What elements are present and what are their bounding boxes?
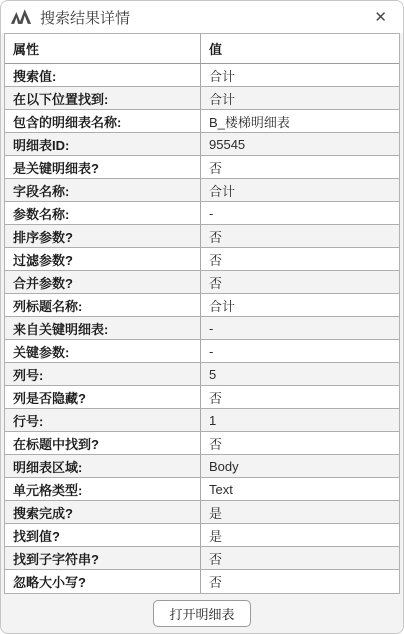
property-cell: 来自关键明细表:	[5, 317, 200, 339]
table-row[interactable]: 来自关键明细表:-	[5, 317, 399, 340]
table-row[interactable]: 列标题名称:合计	[5, 294, 399, 317]
value-cell: 否	[200, 432, 399, 454]
value-cell: 是	[200, 501, 399, 523]
table-row[interactable]: 找到值?是	[5, 524, 399, 547]
table-row[interactable]: 列号:5	[5, 363, 399, 386]
window-title: 搜索结果详情	[40, 7, 368, 28]
table-row[interactable]: 列是否隐藏?否	[5, 386, 399, 409]
property-cell: 明细表ID:	[5, 133, 200, 155]
table-row[interactable]: 明细表ID:95545	[5, 133, 399, 156]
footer-bar: 打开明细表	[1, 594, 403, 633]
search-result-details-dialog: 搜索结果详情 ✕ 属性 值 搜索值:合计在以下位置找到:合计包含的明细表名称:B…	[0, 0, 404, 634]
value-cell: 否	[200, 386, 399, 408]
title-bar: 搜索结果详情 ✕	[1, 1, 403, 33]
table-row[interactable]: 排序参数?否	[5, 225, 399, 248]
property-cell: 列号:	[5, 363, 200, 385]
app-logo-icon	[9, 7, 33, 27]
value-cell: 1	[200, 409, 399, 431]
value-cell: 否	[200, 547, 399, 569]
property-cell: 在以下位置找到:	[5, 87, 200, 109]
value-cell: -	[200, 202, 399, 224]
table-row[interactable]: 搜索值:合计	[5, 64, 399, 87]
table-row[interactable]: 字段名称:合计	[5, 179, 399, 202]
property-cell: 合并参数?	[5, 271, 200, 293]
table-row[interactable]: 在标题中找到?否	[5, 432, 399, 455]
property-cell: 参数名称:	[5, 202, 200, 224]
table-row[interactable]: 行号:1	[5, 409, 399, 432]
property-cell: 在标题中找到?	[5, 432, 200, 454]
property-cell: 列标题名称:	[5, 294, 200, 316]
property-cell: 明细表区域:	[5, 455, 200, 477]
open-schedule-button[interactable]: 打开明细表	[153, 600, 250, 627]
value-cell: 合计	[200, 294, 399, 316]
value-cell: -	[200, 317, 399, 339]
table-row[interactable]: 过滤参数?否	[5, 248, 399, 271]
property-cell: 搜索值:	[5, 64, 200, 86]
property-cell: 关键参数:	[5, 340, 200, 362]
property-cell: 排序参数?	[5, 225, 200, 247]
value-cell: 否	[200, 570, 399, 593]
property-cell: 列是否隐藏?	[5, 386, 200, 408]
property-cell: 搜索完成?	[5, 501, 200, 523]
table-row[interactable]: 找到子字符串?否	[5, 547, 399, 570]
property-cell: 过滤参数?	[5, 248, 200, 270]
value-cell: Text	[200, 478, 399, 500]
column-header-property: 属性	[5, 34, 200, 63]
table-row[interactable]: 参数名称:-	[5, 202, 399, 225]
value-cell: 否	[200, 225, 399, 247]
value-cell: 合计	[200, 179, 399, 201]
property-cell: 包含的明细表名称:	[5, 110, 200, 132]
value-cell: -	[200, 340, 399, 362]
table-row[interactable]: 合并参数?否	[5, 271, 399, 294]
value-cell: 否	[200, 248, 399, 270]
value-cell: 95545	[200, 133, 399, 155]
table-row[interactable]: 关键参数:-	[5, 340, 399, 363]
table-row[interactable]: 包含的明细表名称:B_楼梯明细表	[5, 110, 399, 133]
property-cell: 单元格类型:	[5, 478, 200, 500]
value-cell: 否	[200, 271, 399, 293]
property-cell: 找到值?	[5, 524, 200, 546]
property-cell: 忽略大小写?	[5, 570, 200, 593]
table-row[interactable]: 忽略大小写?否	[5, 570, 399, 593]
value-cell: 合计	[200, 87, 399, 109]
table-row[interactable]: 单元格类型:Text	[5, 478, 399, 501]
table-row[interactable]: 搜索完成?是	[5, 501, 399, 524]
properties-table: 属性 值 搜索值:合计在以下位置找到:合计包含的明细表名称:B_楼梯明细表明细表…	[4, 33, 400, 594]
value-cell: 合计	[200, 64, 399, 86]
close-icon[interactable]: ✕	[368, 6, 393, 29]
value-cell: 是	[200, 524, 399, 546]
table-row[interactable]: 是关键明细表?否	[5, 156, 399, 179]
property-cell: 是关键明细表?	[5, 156, 200, 178]
property-cell: 行号:	[5, 409, 200, 431]
property-cell: 字段名称:	[5, 179, 200, 201]
table-header-row: 属性 值	[5, 34, 399, 64]
column-header-value: 值	[200, 34, 399, 63]
value-cell: Body	[200, 455, 399, 477]
value-cell: 5	[200, 363, 399, 385]
value-cell: 否	[200, 156, 399, 178]
value-cell: B_楼梯明细表	[200, 110, 399, 132]
table-body: 搜索值:合计在以下位置找到:合计包含的明细表名称:B_楼梯明细表明细表ID:95…	[5, 64, 399, 593]
table-row[interactable]: 在以下位置找到:合计	[5, 87, 399, 110]
table-row[interactable]: 明细表区域:Body	[5, 455, 399, 478]
property-cell: 找到子字符串?	[5, 547, 200, 569]
